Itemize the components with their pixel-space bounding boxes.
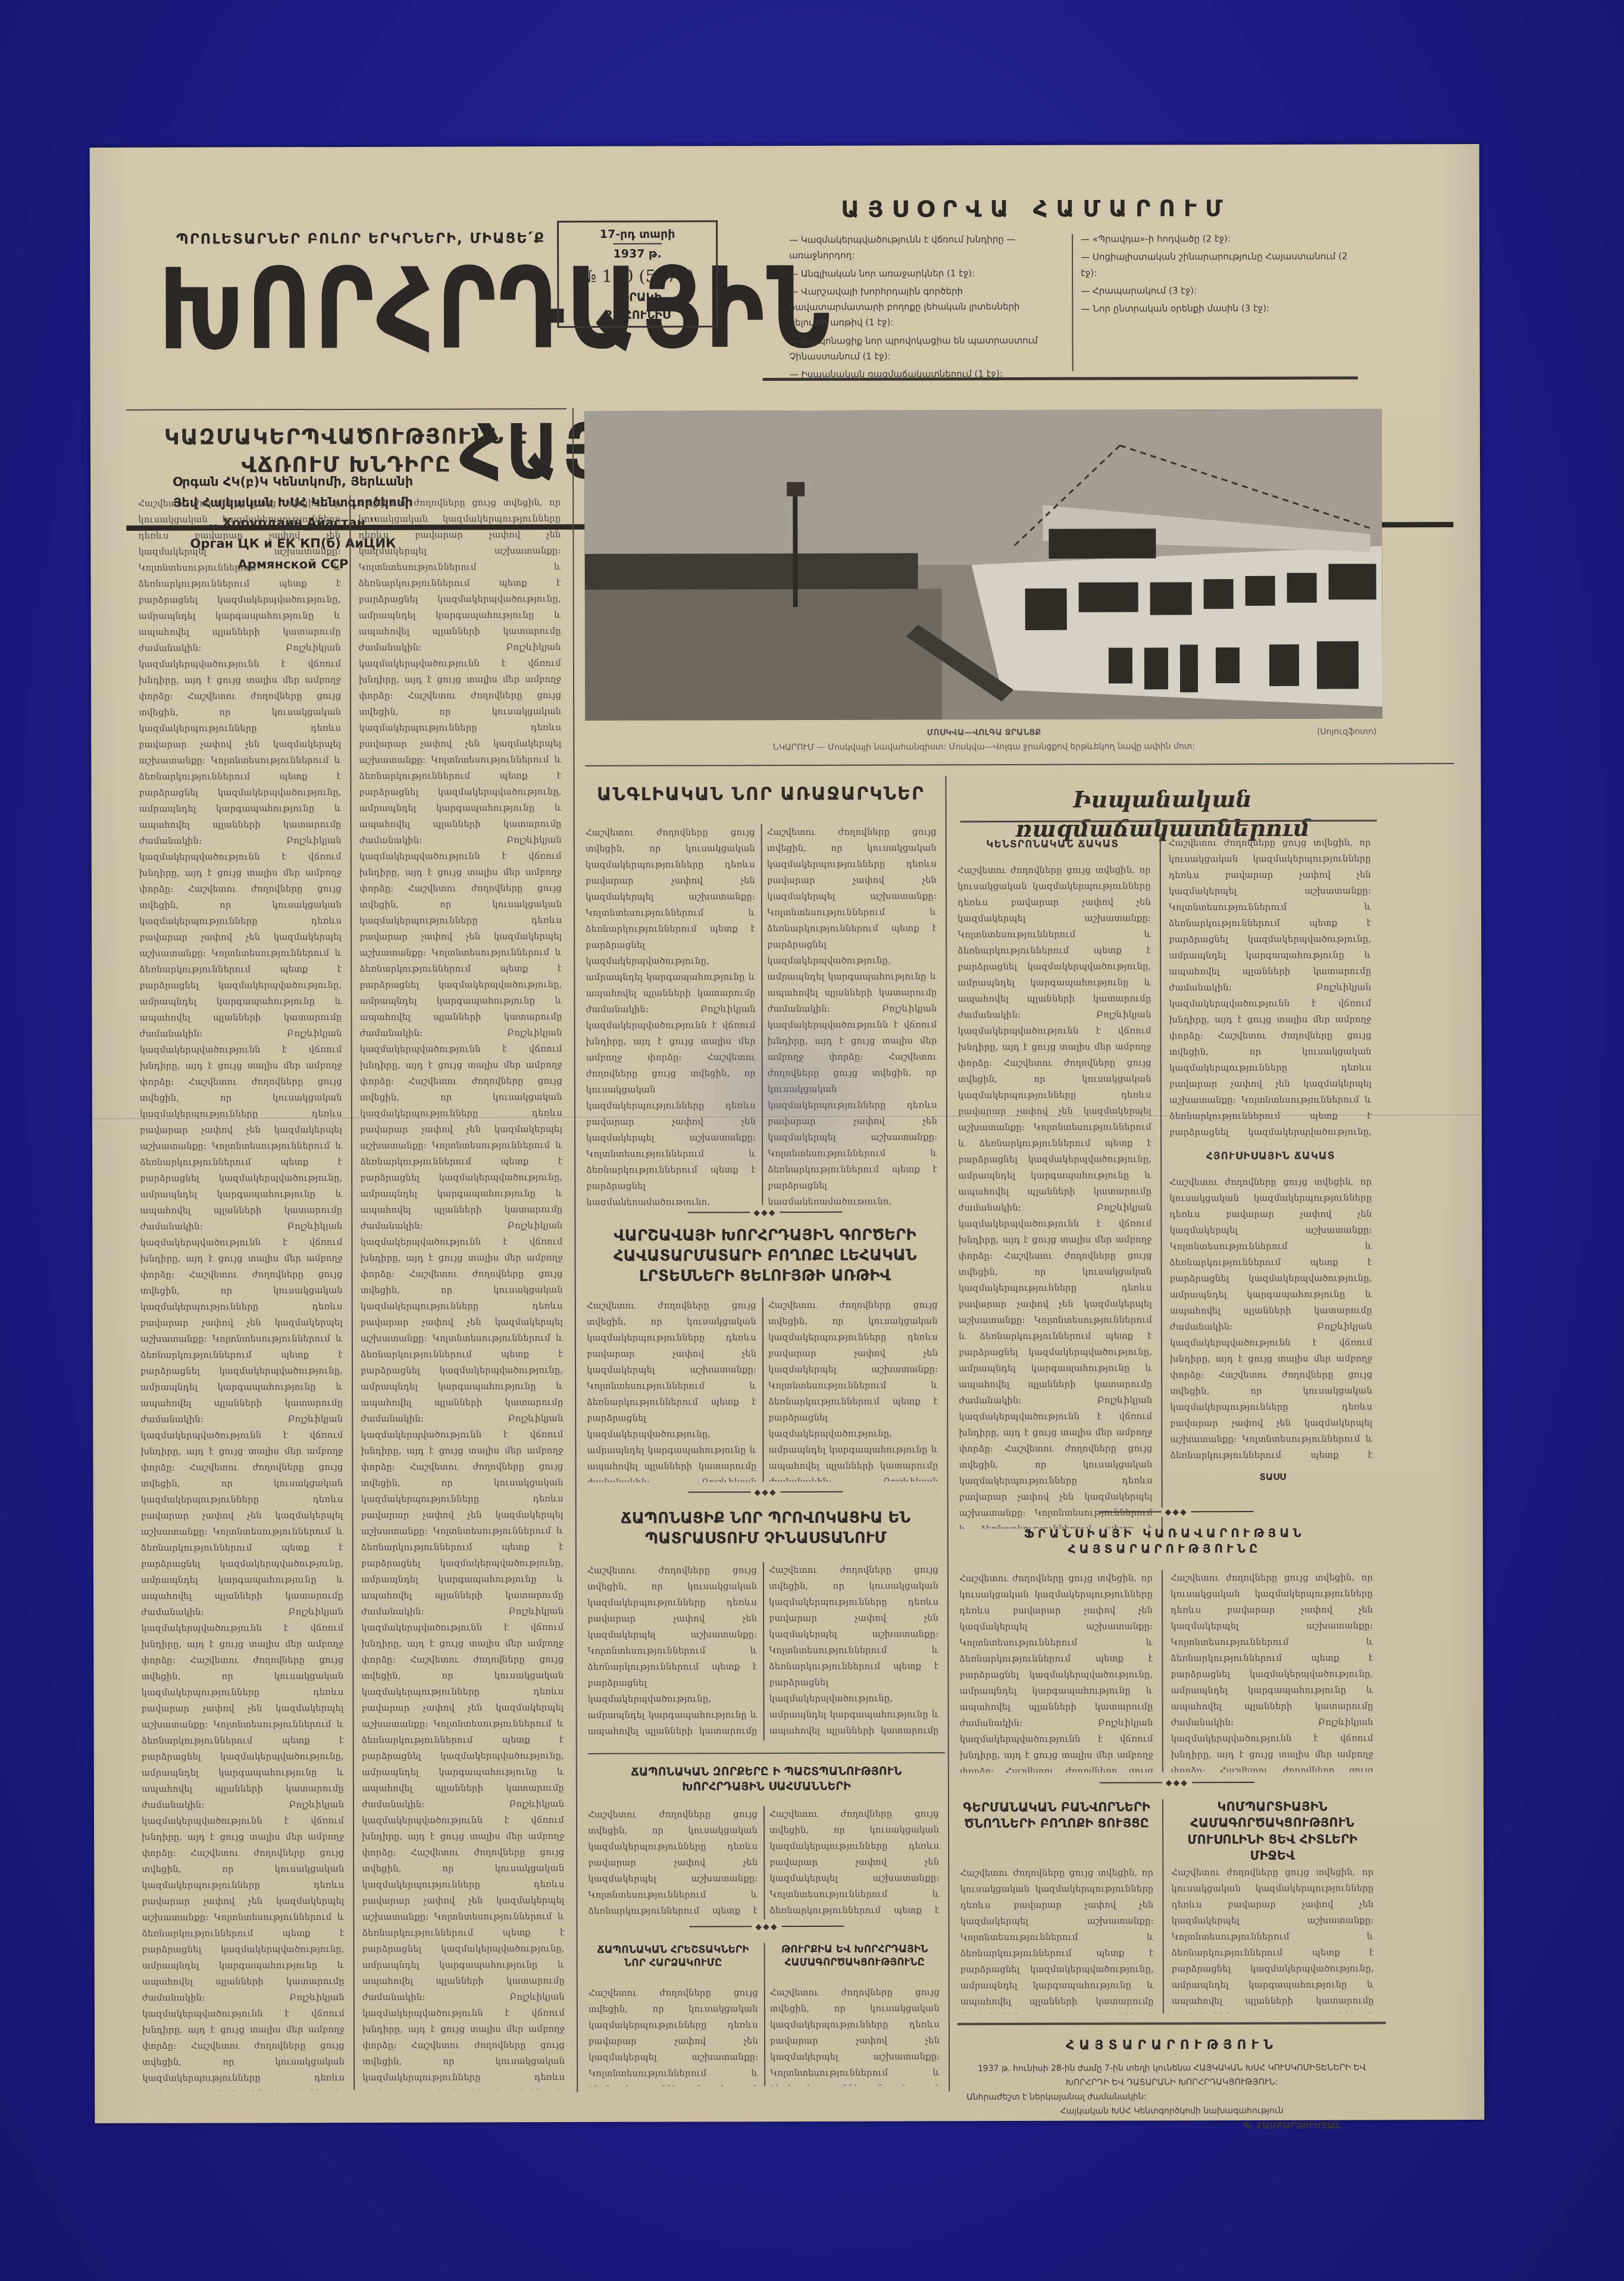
announcement-rule [957,2022,1386,2025]
column-divider [763,1562,765,1741]
spain-article-body: Հաշվետու ժողովները ցույց տվեցին, որ կուս… [957,862,1153,1529]
announcement-body-block: 1937 թ. հունիսի 28-ին ժամը 7-ին տեղի կու… [966,2060,1377,2119]
column-divider [1162,1570,1163,1772]
column-divider [1162,1799,1164,2013]
column-divider [572,408,578,2092]
contents-item: — Վարշավայի խորհրդային գործերի հավատարմա… [789,283,1057,331]
spain-article-body: Հաշվետու ժողովները ցույց տվեցին, որ կուս… [1169,834,1372,1138]
issue-weekday: ԿԻՐԱԿԻ [559,289,716,307]
library-stamp [657,1002,908,1181]
spain-article-body: Հաշվետու ժողովները ցույց տվեցին, որ կուս… [1169,1174,1372,1466]
photo-caption-title: ՄՈՍԿՎԱ—ՎՈԼԳԱ ՋՐԱՆՑՔ [585,724,1382,741]
article-body: Հաշվետու ժողովները ցույց տվեցին, որ կուս… [587,1297,757,1482]
contents-item: — Նոր ընտրական օրենքի մասին (3 էջ): [1081,300,1354,316]
spain-signature: ՏԱՍՍ [1259,1472,1286,1482]
article-headline-communist: ԿՈՄՊԱՐՏԻԱՅԻՆ ՀԱՄԱԳՈՐԾԱԿՑՈՒԹՅՈՒՆ ՄՈՒՍՈԼԻՆ… [1171,1798,1373,1864]
article-headline-japan-china: ՃԱՊՈՆԱՑԻՔ ՆՈՐ ՊՐՈՎՈԿԱՑԻԱ ԵՆ ՊԱՏՐԱՍՏՈՒՄ Չ… [593,1508,938,1549]
ornament-divider: ◆◆◆ [689,1922,844,1931]
section-rule [588,1752,945,1754]
contents-left-column: — Կազմակերպվածությունն է վճռում խնդիրը —… [789,231,1057,384]
article-headline-japan-small-2: ԹՈՒՐՔԻԱ ԵՎ ԽՈՐՀՐԴԱՅԻՆ ՀԱՄԱԳՈՐԾԱԿՑՈՒԹՅՈՒՆ… [770,1942,940,1969]
spain-subhead-northern: ՀՅՈՒՍԻՍԱՅԻՆ ՃԱԿԱՏ [1169,1150,1372,1162]
article-body: Հաշվետու ժողովները ցույց տվեցին, որ կուս… [589,1985,758,2086]
photo-caption: ՄՈՍԿՎԱ—ՎՈԼԳԱ ՋՐԱՆՑՔ ՆԿԱՐՈՒՄ — Մոսկվայի ն… [585,724,1382,755]
photo-caption-text: ՆԿԱՐՈՒՄ — Մոսկվայի նավահանգիստ: Մոսկվա—Վ… [585,739,1382,755]
column-divider [1160,835,1163,1531]
news-photo [584,409,1382,721]
announcement-sender: Հայկական ԽՍՀ Կենտգործկոմի նախագահություն [966,2103,1377,2119]
riverboat-photo-illustration [584,409,1382,721]
ornament-divider: ◆◆◆ [687,1208,842,1217]
column-divider [764,1943,766,2086]
issue-info-box: 17-րդ տարի 1937 թ. № 170 (5070) ԿԻՐԱԿԻ 2… [557,220,718,328]
issue-year: 1937 թ. [614,243,662,264]
column-divider [764,1806,765,1919]
issue-date: 27 ՀՈՒՆԻՍ [559,306,716,324]
contents-item: — Կազմակերպվածությունն է վճռում խնդիրը —… [789,231,1057,264]
article-body: Հաշվետու ժողովները ցույց տվեցին, որ կուս… [768,1297,938,1482]
article-headline-japan-military: ՃԱՊՈՆԱԿԱՆ ԶՈՐՔԵՐԸ Ի ՊԱՇՏՊԱՆՈՒԹՅՈՒՆ ԽՈՐՀՐ… [594,1764,939,1794]
article-headline-german-workers: ԳԵՐՄԱՆԱԿԱՆ ԲԱՆՎՈՐՆԵՐԻ ԾՆՈՂՆԵՐԻ ԲՈՂՈՔԻ ՑՈ… [957,1799,1156,1832]
article-body: Հաշվետու ժողովները ցույց տվեցին, որ կուս… [960,1864,1154,2014]
article-body: Հաշվետու ժողովները ցույց տվեցին, որ կուս… [1171,1864,1374,2013]
contents-item: — «Պրավդա»-ի հոդվածը (2 էջ): [1081,230,1354,246]
article-headline-warsaw: ՎԱՐՇԱՎԱՅԻ ԽՈՐՀՐԴԱՅԻՆ ԳՈՐԾԵՐԻ ՀԱՎԱՏԱՐՄԱՏԱ… [592,1225,937,1287]
announcement-title: ՀԱՅՏԱՐԱՐՈՒԹՅՈՒՆ [957,2036,1386,2054]
ornament-divider: ◆◆◆ [1099,1507,1254,1516]
column-divider [762,1297,764,1482]
ornament-divider: ◆◆◆ [1100,1778,1254,1787]
article-body: Հաշվետու ժողովները ցույց տվեցին, որ կուս… [959,1570,1153,1773]
article-headline-japan-small-1: ՃԱՊՈՆԱԿԱՆ ՀՐԵՇՏԱԿՆԵՐԻ ՆՈՐ ՀԱՐՁԱԿՈՒՄԸ [589,1943,758,1970]
newspaper-page: ՊՐՈԼԵՏԱՐՆԵՐ ԲՈԼՈՐ ԵՐԿՐՆԵՐԻ, ՄԻԱՑԵ՛Ք ԽՈՐՀ… [90,144,1485,2123]
issue-year-label: 17-րդ տարի [559,226,716,243]
article-body: Հաշվետու ժողովները ցույց տվեցին, որ կուս… [587,1562,758,1741]
contents-item: — Սոցիալիստական շինարարությունը Հայաստան… [1081,249,1354,281]
article-body: Հաշվետու ժողովները ցույց տվեցին, որ կուս… [588,1806,758,1920]
lead-article-body-col1: Հաշվետու ժողովները ցույց տվեցին, որ կուս… [138,495,345,2091]
article-body: Հաշվետու ժողովները ցույց տվեցին, որ կուս… [1171,1569,1373,1772]
ornament-divider: ◆◆◆ [689,1488,843,1497]
announcement-signature: Գ. ՀԱՄԲԱՐՁՈՒՄՅԱՆ [1243,2120,1341,2131]
photo-rule [585,763,1454,766]
photo-credit: (Սոյուզֆոտո) [1317,724,1376,739]
announcement-note: Անհրաժեշտ է ներկայանալ ժամանակին: [966,2089,1377,2104]
article-headline-english-proposals: ԱՆԳԼԻԱԿԱՆ ՆՈՐ ԱՌԱՋԱՐԿՆԵՐ [585,782,936,806]
column-divider [945,776,950,2091]
contents-title: ԱՅՍՕՐՎԱ ՀԱՄԱՐՈՒՄ [762,195,1310,223]
contents-divider [1072,234,1074,371]
lead-article-body-col2: Հաշվետու ժողովները ցույց տվեցին, որ կուս… [358,495,565,2090]
issue-number: № 170 (5070) [559,263,716,289]
masthead-title-line1: ԽՈՐՀՐԴԱՅԻՆ [158,253,833,366]
contents-item: — Անգլիական նոր առաջարկներ (1 էջ): [789,265,1057,281]
article-body: Հաշվետու ժողովները ցույց տվեցին, որ կուս… [770,1984,940,2086]
contents-item: — Ճապոնացիք նոր պրովոկացիա են պատրաստում… [789,332,1057,364]
article-headline-french: ՖՐԱՆՍԻԱՅԻ ԿԱՌԱՎԱՐՈՒԹՅԱՆ ՀԱՅՏԱՐԱՐՈՒԹՅՈՒՆԸ [956,1525,1373,1557]
article-body: Հաշվետու ժողովները ցույց տվեցին, որ կուս… [769,1806,939,1919]
contents-right-column: — «Պրավդա»-ի հոդվածը (2 էջ): — Սոցիալիստ… [1081,230,1354,318]
column-divider [349,495,355,2090]
announcement-body: 1937 թ. հունիսի 28-ին ժամը 7-ին տեղի կու… [966,2060,1377,2090]
lead-article-headline: ԿԱԶՄԱԿԵՐՊՎԱԾՈՒԹՅՈՒՆՆ Է ՎՃՌՈՒՄ ԽՆԴԻՐԸ [132,423,561,480]
article-body: Հաշվետու ժողովները ցույց տվեցին, որ կուս… [769,1562,939,1741]
spain-subhead-central: ԿԵՆՏՐՈՆԱԿԱՆ ՃԱԿԱՏ [955,838,1151,850]
contents-item: — Հրապարակում (3 էջ): [1081,282,1354,298]
